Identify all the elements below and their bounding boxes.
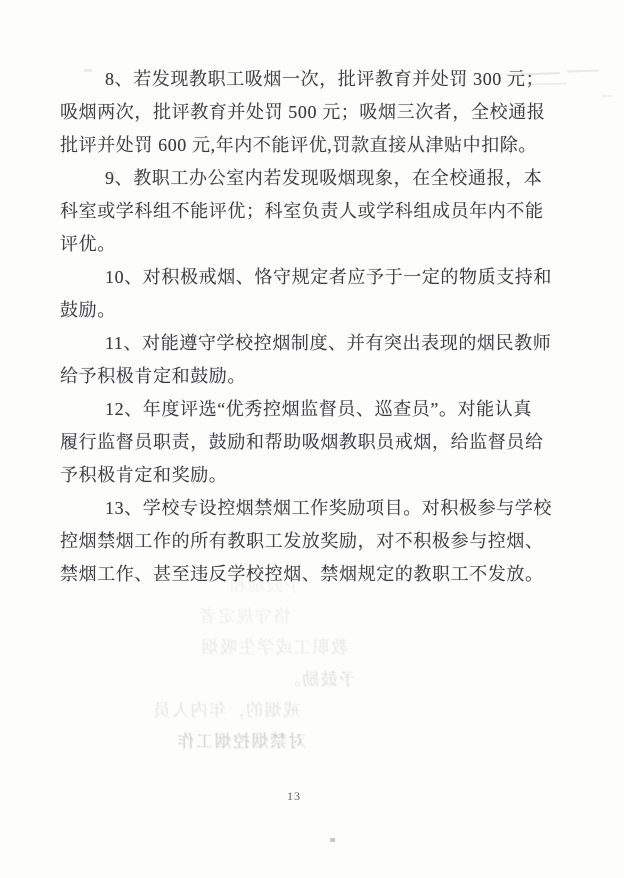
document-line: 批评并处罚 600 元,年内不能评优,罚款直接从津贴中扣除。 <box>60 129 570 162</box>
document-line: 科室或学科组不能评优；科室负责人或学科组成员年内不能 <box>60 195 570 228</box>
document-line: 11、对能遵守学校控烟制度、并有突出表现的烟民教师 <box>60 327 570 360</box>
bleedthrough-text: 对禁烟控烟工作 <box>176 732 306 752</box>
document-line: 13、学校专设控烟禁烟工作奖励项目。对积极参与学校 <box>60 492 570 525</box>
document-line: 履行监督员职责，鼓励和帮助吸烟教职员戒烟，给监督员给 <box>60 426 570 459</box>
document-line: 9、教职工办公室内若发现吸烟现象，在全校通报，本 <box>60 162 570 195</box>
paragraph-item-11: 11、对能遵守学校控烟制度、并有突出表现的烟民教师给予积极肯定和鼓励。 <box>60 327 570 393</box>
paragraph-item-10: 10、对积极戒烟、恪守规定者应予于一定的物质支持和鼓励。 <box>60 261 570 327</box>
bleedthrough-text: 戒烟的，年内人员 <box>152 701 300 721</box>
document-line: 控烟禁烟工作的所有教职工发放奖励，对不积极参与控烟、 <box>60 525 570 558</box>
paragraph-item-13: 13、学校专设控烟禁烟工作奖励项目。对积极参与学校控烟禁烟工作的所有教职工发放奖… <box>60 492 570 591</box>
document-line: 12、年度评选“优秀控烟监督员、巡查员”。对能认真 <box>60 393 570 426</box>
document-line: 10、对积极戒烟、恪守规定者应予于一定的物质支持和 <box>60 261 570 294</box>
paragraph-item-9: 9、教职工办公室内若发现吸烟现象，在全校通报，本科室或学科组不能评优；科室负责人… <box>60 162 570 261</box>
document-line: 评优。 <box>60 228 570 261</box>
document-line: 吸烟两次，批评教育并处罚 500 元；吸烟三次者，全校通报 <box>60 96 570 129</box>
document-line: 予积极肯定和奖励。 <box>60 459 570 492</box>
scan-artifact-smudge <box>601 95 613 97</box>
scan-artifact-speck <box>84 69 92 72</box>
bleedthrough-text: 教职工或学生吸烟 <box>200 638 348 658</box>
scanned-document-page: 8、若发现教职工吸烟一次，批评教育并处罚 300 元；吸烟两次，批评教育并处罚 … <box>0 0 624 878</box>
scan-artifact-smudge <box>567 69 599 72</box>
document-body: 8、若发现教职工吸烟一次，批评教育并处罚 300 元；吸烟两次，批评教育并处罚 … <box>60 63 570 591</box>
scan-artifact-speck <box>110 171 116 175</box>
bleedthrough-text: 恪守规定者 <box>198 607 291 627</box>
page-number: 13 <box>287 789 301 804</box>
paragraph-item-8: 8、若发现教职工吸烟一次，批评教育并处罚 300 元；吸烟两次，批评教育并处罚 … <box>60 63 570 162</box>
document-line: 鼓励。 <box>60 294 570 327</box>
document-line: 8、若发现教职工吸烟一次，批评教育并处罚 300 元； <box>60 63 570 96</box>
paragraph-item-12: 12、年度评选“优秀控烟监督员、巡查员”。对能认真履行监督员职责，鼓励和帮助吸烟… <box>60 393 570 492</box>
scan-artifact-speck <box>330 838 335 842</box>
document-line: 禁烟工作、甚至违反学校控烟、禁烟规定的教职工不发放。 <box>60 558 570 591</box>
bleedthrough-text: 予鼓励。 <box>282 670 356 690</box>
document-line: 给予积极肯定和鼓励。 <box>60 360 570 393</box>
